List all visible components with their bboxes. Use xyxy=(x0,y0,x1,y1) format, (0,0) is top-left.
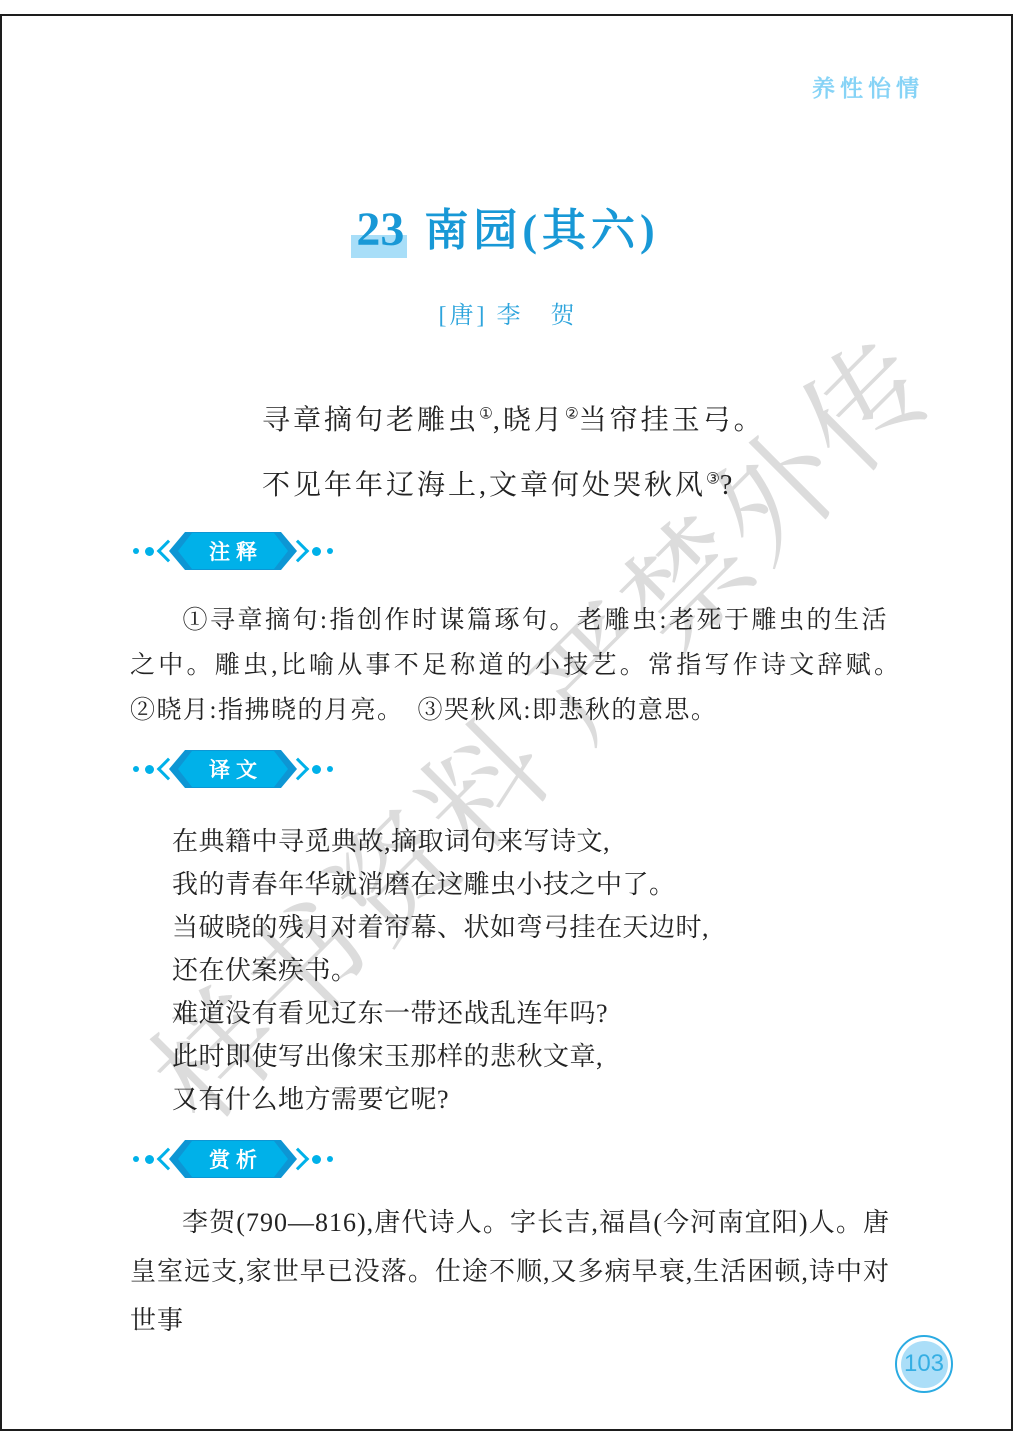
badge-dot-icon xyxy=(145,1155,154,1164)
translation-line: 此时即使写出像宋玉那样的悲秋文章, xyxy=(172,1035,709,1078)
badge-label: 译文 xyxy=(178,751,288,787)
badge-dot-icon xyxy=(133,766,139,772)
poem-line-1: 寻章摘句老雕虫①,晓月②当帘挂玉弓。 xyxy=(262,388,765,453)
translation-line: 还在伏案疾书。 xyxy=(172,949,709,992)
notes-paragraph: ①寻章摘句:指创作时谋篇琢句。老雕虫:老死于雕虫的生活之中。雕虫,比喻从事不足称… xyxy=(130,598,888,733)
translation-line: 在典籍中寻觅典故,摘取词句来写诗文, xyxy=(172,820,709,863)
translation-line: 难道没有看见辽东一带还战乱连年吗? xyxy=(172,992,709,1035)
textbook-page: 样书资料 严禁外传 养性怡情 23 南园(其六) [唐] 李 贺 寻章摘句老雕虫… xyxy=(0,0,1016,1447)
footnote-ref-2: ② xyxy=(565,406,579,423)
poem-line-2: 不见年年辽海上,文章何处哭秋风③? xyxy=(262,453,765,518)
badge-dot-icon xyxy=(145,765,154,774)
badge-dot-icon xyxy=(312,547,321,556)
footnote-ref-1: ① xyxy=(479,406,493,423)
lesson-title: 23 南园(其六) xyxy=(0,205,1016,258)
footnote-ref-3: ③ xyxy=(706,471,720,488)
poem-body: 寻章摘句老雕虫①,晓月②当帘挂玉弓。 不见年年辽海上,文章何处哭秋风③? xyxy=(262,388,765,518)
translation-line: 当破晓的残月对着帘幕、状如弯弓挂在天边时, xyxy=(172,906,709,949)
poem-byline: [唐] 李 贺 xyxy=(0,295,1016,330)
badge-dot-icon xyxy=(312,765,321,774)
badge-dot-icon xyxy=(327,548,333,554)
translation-line: 又有什么地方需要它呢? xyxy=(172,1078,709,1121)
badge-dot-icon xyxy=(327,766,333,772)
lesson-number: 23 xyxy=(356,206,404,254)
analysis-paragraph: 李贺(790—816),唐代诗人。字长吉,福昌(今河南宜阳)人。唐皇室远支,家世… xyxy=(130,1198,890,1345)
badge-label: 赏析 xyxy=(178,1141,288,1177)
section-badge-analysis: 赏析 xyxy=(133,1140,333,1178)
badge-hexagon: 注释 xyxy=(178,533,288,569)
section-badge-translation: 译文 xyxy=(133,750,333,788)
badge-dot-icon xyxy=(133,548,139,554)
badge-dot-icon xyxy=(145,547,154,556)
badge-hexagon: 译文 xyxy=(178,751,288,787)
translation-block: 在典籍中寻觅典故,摘取词句来写诗文, 我的青春年华就消磨在这雕虫小技之中了。 当… xyxy=(172,820,709,1121)
translation-line: 我的青春年华就消磨在这雕虫小技之中了。 xyxy=(172,863,709,906)
badge-hexagon: 赏析 xyxy=(178,1141,288,1177)
page-number-badge: 103 xyxy=(895,1335,953,1393)
badge-dot-icon xyxy=(133,1156,139,1162)
page-number: 103 xyxy=(901,1341,948,1388)
badge-label: 注释 xyxy=(178,533,288,569)
lesson-title-text: 南园(其六) xyxy=(424,205,659,258)
badge-dot-icon xyxy=(327,1156,333,1162)
badge-dot-icon xyxy=(312,1155,321,1164)
section-badge-notes: 注释 xyxy=(133,532,333,570)
running-head: 养性怡情 xyxy=(812,70,924,103)
